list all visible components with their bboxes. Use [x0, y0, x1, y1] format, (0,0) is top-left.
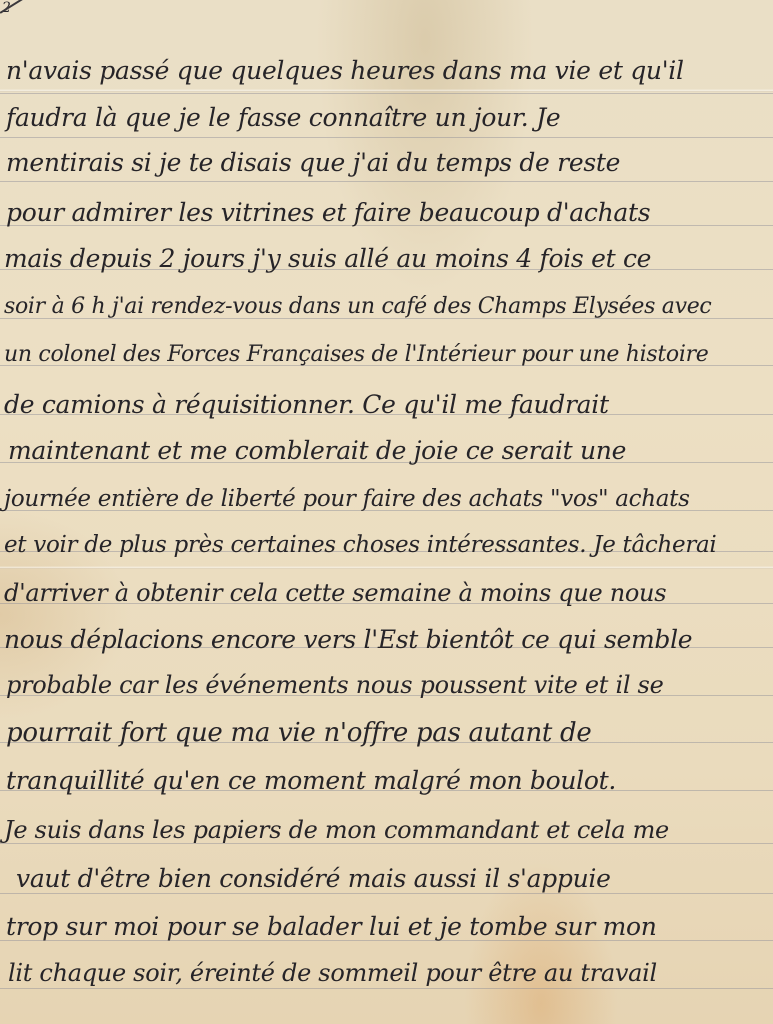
fold-crease: [0, 566, 773, 569]
handwritten-line: probable car les événements nous poussen…: [6, 670, 663, 700]
handwritten-line: soir à 6 h j'ai rendez-vous dans un café…: [4, 292, 711, 322]
handwritten-line: vaut d'être bien considéré mais aussi il…: [16, 864, 611, 894]
handwritten-line: maintenant et me comblerait de joie ce s…: [8, 436, 626, 466]
ruled-line: [0, 988, 773, 989]
handwritten-line: mais depuis 2 jours j'y suis allé au moi…: [4, 244, 651, 274]
handwritten-line: faudra là que je le fasse connaître un j…: [6, 103, 560, 133]
handwritten-line: de camions à réquisitionner. Ce qu'il me…: [4, 390, 609, 420]
handwritten-line: et voir de plus près certaines choses in…: [4, 530, 716, 560]
handwritten-line: pourrait fort que ma vie n'offre pas aut…: [6, 718, 591, 748]
fold-crease: [0, 89, 773, 92]
handwritten-line: mentirais si je te disais que j'ai du te…: [6, 148, 620, 178]
handwritten-line: tranquillité qu'en ce moment malgré mon …: [6, 766, 616, 796]
handwritten-line: Je suis dans les papiers de mon commanda…: [4, 815, 669, 845]
ruled-line: [0, 93, 773, 94]
handwritten-line: nous déplacions encore vers l'Est bientô…: [4, 625, 692, 655]
handwritten-line: trop sur moi pour se balader lui et je t…: [6, 912, 657, 942]
handwritten-line: journée entière de liberté pour faire de…: [4, 484, 690, 514]
ruled-line: [0, 137, 773, 138]
handwritten-line: un colonel des Forces Françaises de l'In…: [4, 340, 709, 370]
handwritten-line: pour admirer les vitrines et faire beauc…: [6, 198, 650, 228]
handwritten-line: d'arriver à obtenir cela cette semaine à…: [4, 578, 666, 608]
handwritten-line: n'avais passé que quelques heures dans m…: [6, 56, 684, 86]
letter-page: 2 n'avais passé que quelques heures dans…: [0, 0, 773, 1024]
handwritten-line: lit chaque soir, éreinté de sommeil pour…: [8, 958, 657, 988]
ruled-line: [0, 181, 773, 182]
